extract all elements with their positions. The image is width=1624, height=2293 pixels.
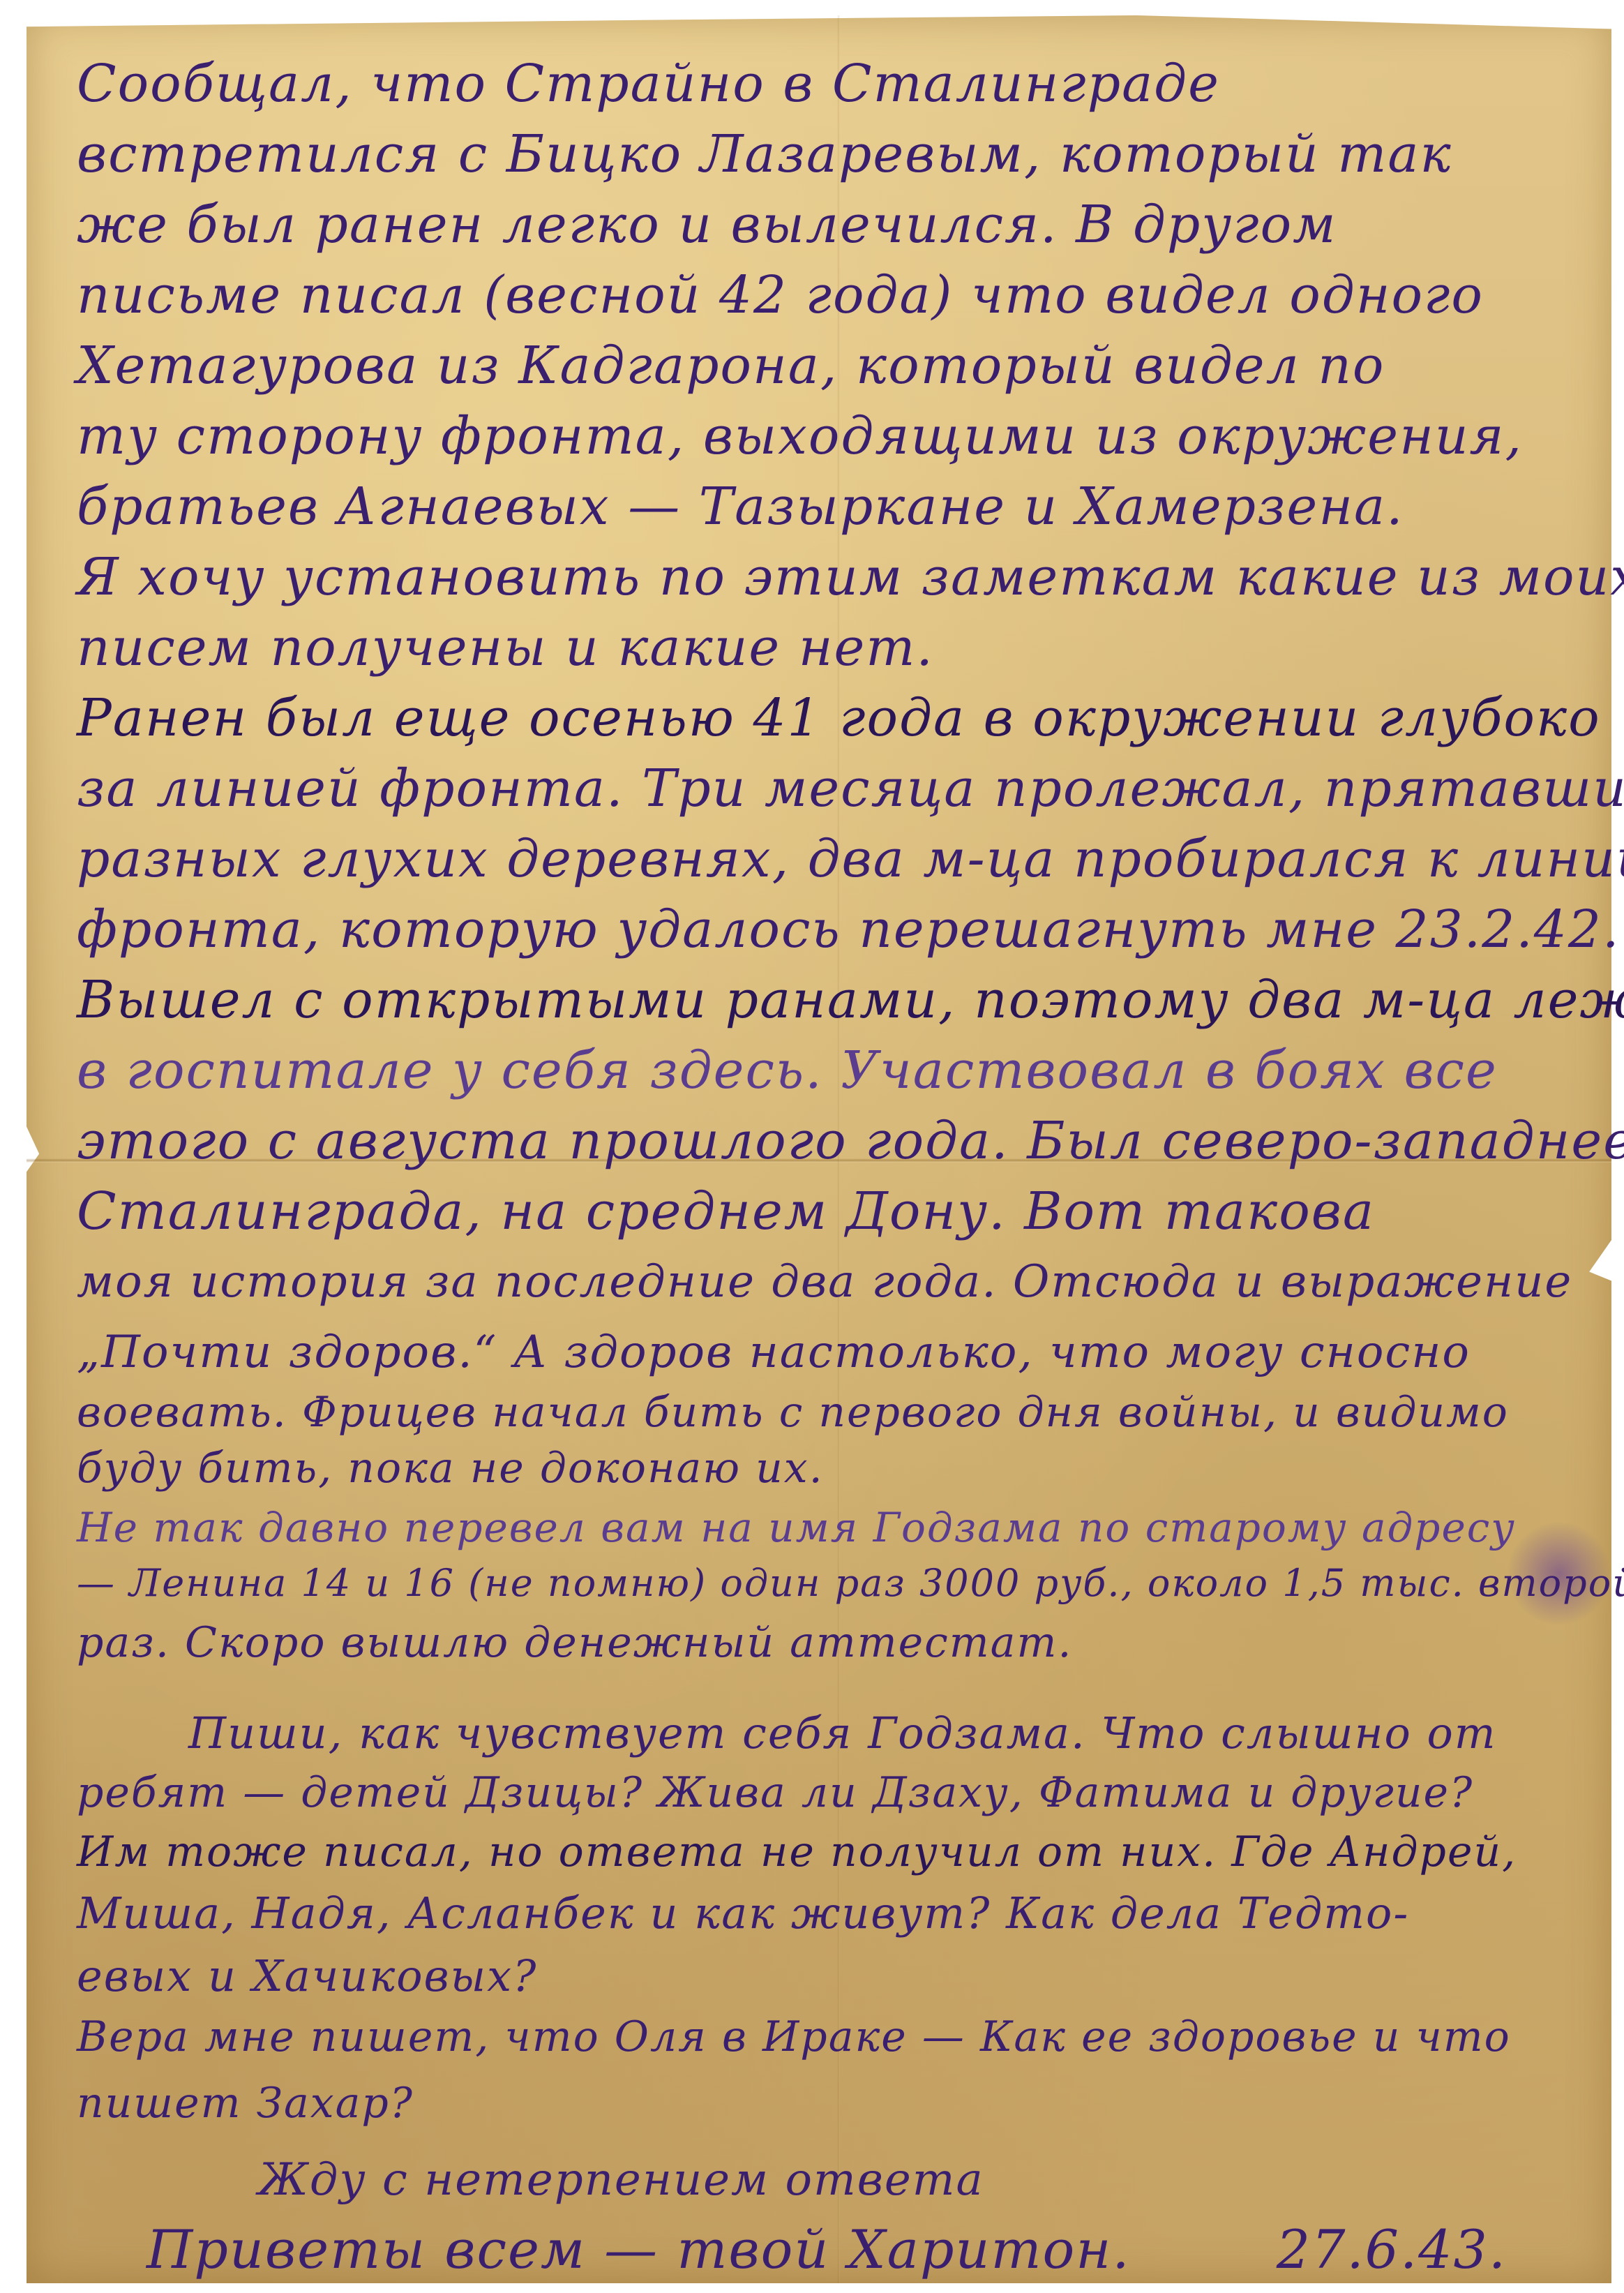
- letter-line: этого с августа прошлого года. Был север…: [77, 1106, 1611, 1177]
- letter-line: за линией фронта. Три месяца пролежал, п…: [77, 754, 1611, 824]
- letter-line: Вышел с открытыми ранами, поэтому два м-…: [77, 965, 1611, 1036]
- letter-line: пишет Захар?: [77, 2065, 1611, 2142]
- letter-line: в госпитале у себя здесь. Участвовал в б…: [77, 1036, 1611, 1106]
- letter-line: моя история за последние два года. Отсюд…: [77, 1247, 1611, 1317]
- letter-line: буду бить, пока не доконаю их.: [77, 1437, 1611, 1500]
- letter-line: Пиши, как чувствует себя Годзама. Что сл…: [77, 1702, 1611, 1765]
- letter-signature: Приветы всем — твой Харитон.: [146, 2218, 1131, 2280]
- letter-line: Не так давно перевел вам на имя Годзама …: [77, 1500, 1611, 1555]
- letter-line: Миша, Надя, Асланбек и как живут? Как де…: [77, 1883, 1611, 1943]
- letter-line: братьев Агнаевых — Тазыркане и Хамерзена…: [77, 472, 1611, 542]
- letter-line: ту сторону фронта, выходящими из окружен…: [77, 401, 1611, 472]
- letter-closing: Жду с нетерпением ответа: [77, 2142, 1611, 2218]
- letter-line: Вера мне пишет, что Оля в Ираке — Как ее…: [77, 2009, 1611, 2065]
- signature-row: Приветы всем — твой Харитон. 27.6.43.: [77, 2218, 1507, 2280]
- letter-line: „Почти здоров.“ А здоров настолько, что …: [77, 1317, 1611, 1388]
- letter-line: же был ранен легко и вылечился. В другом: [77, 190, 1611, 260]
- letter-line: фронта, которую удалось перешагнуть мне …: [77, 895, 1611, 965]
- letter-line: Ранен был еще осенью 41 года в окружении…: [77, 683, 1611, 754]
- letter-line: Сообщал, что Страйно в Сталинграде: [77, 49, 1611, 119]
- letter-line: Сталинграда, на среднем Дону. Вот такова: [77, 1177, 1611, 1247]
- letter-line: письме писал (весной 42 года) что видел …: [77, 260, 1611, 331]
- letter-date: 27.6.43.: [1277, 2218, 1507, 2280]
- letter-line: ребят — детей Дзицы? Жива ли Дзаху, Фати…: [77, 1765, 1611, 1821]
- letter-line: евых и Хачиковых?: [77, 1943, 1611, 2009]
- letter-line: разных глухих деревнях, два м-ца пробира…: [77, 824, 1611, 895]
- letter-body: Сообщал, что Страйно в Сталинграде встре…: [77, 49, 1611, 2280]
- letter-line: раз. Скоро вышлю денежный аттестат.: [77, 1611, 1611, 1674]
- letter-line: Им тоже писал, но ответа не получил от н…: [77, 1821, 1611, 1883]
- letter-line: встретился с Бицко Лазаревым, который та…: [77, 119, 1611, 190]
- letter-line: воевать. Фрицев начал бить с первого дня…: [77, 1388, 1611, 1437]
- letter-line: писем получены и какие нет.: [77, 613, 1611, 683]
- letter-line: Хетагурова из Кадгарона, который видел п…: [77, 331, 1611, 401]
- letter-line: Я хочу установить по этим заметкам какие…: [77, 542, 1611, 613]
- letter-line: — Ленина 14 и 16 (не помню) один раз 300…: [77, 1555, 1611, 1611]
